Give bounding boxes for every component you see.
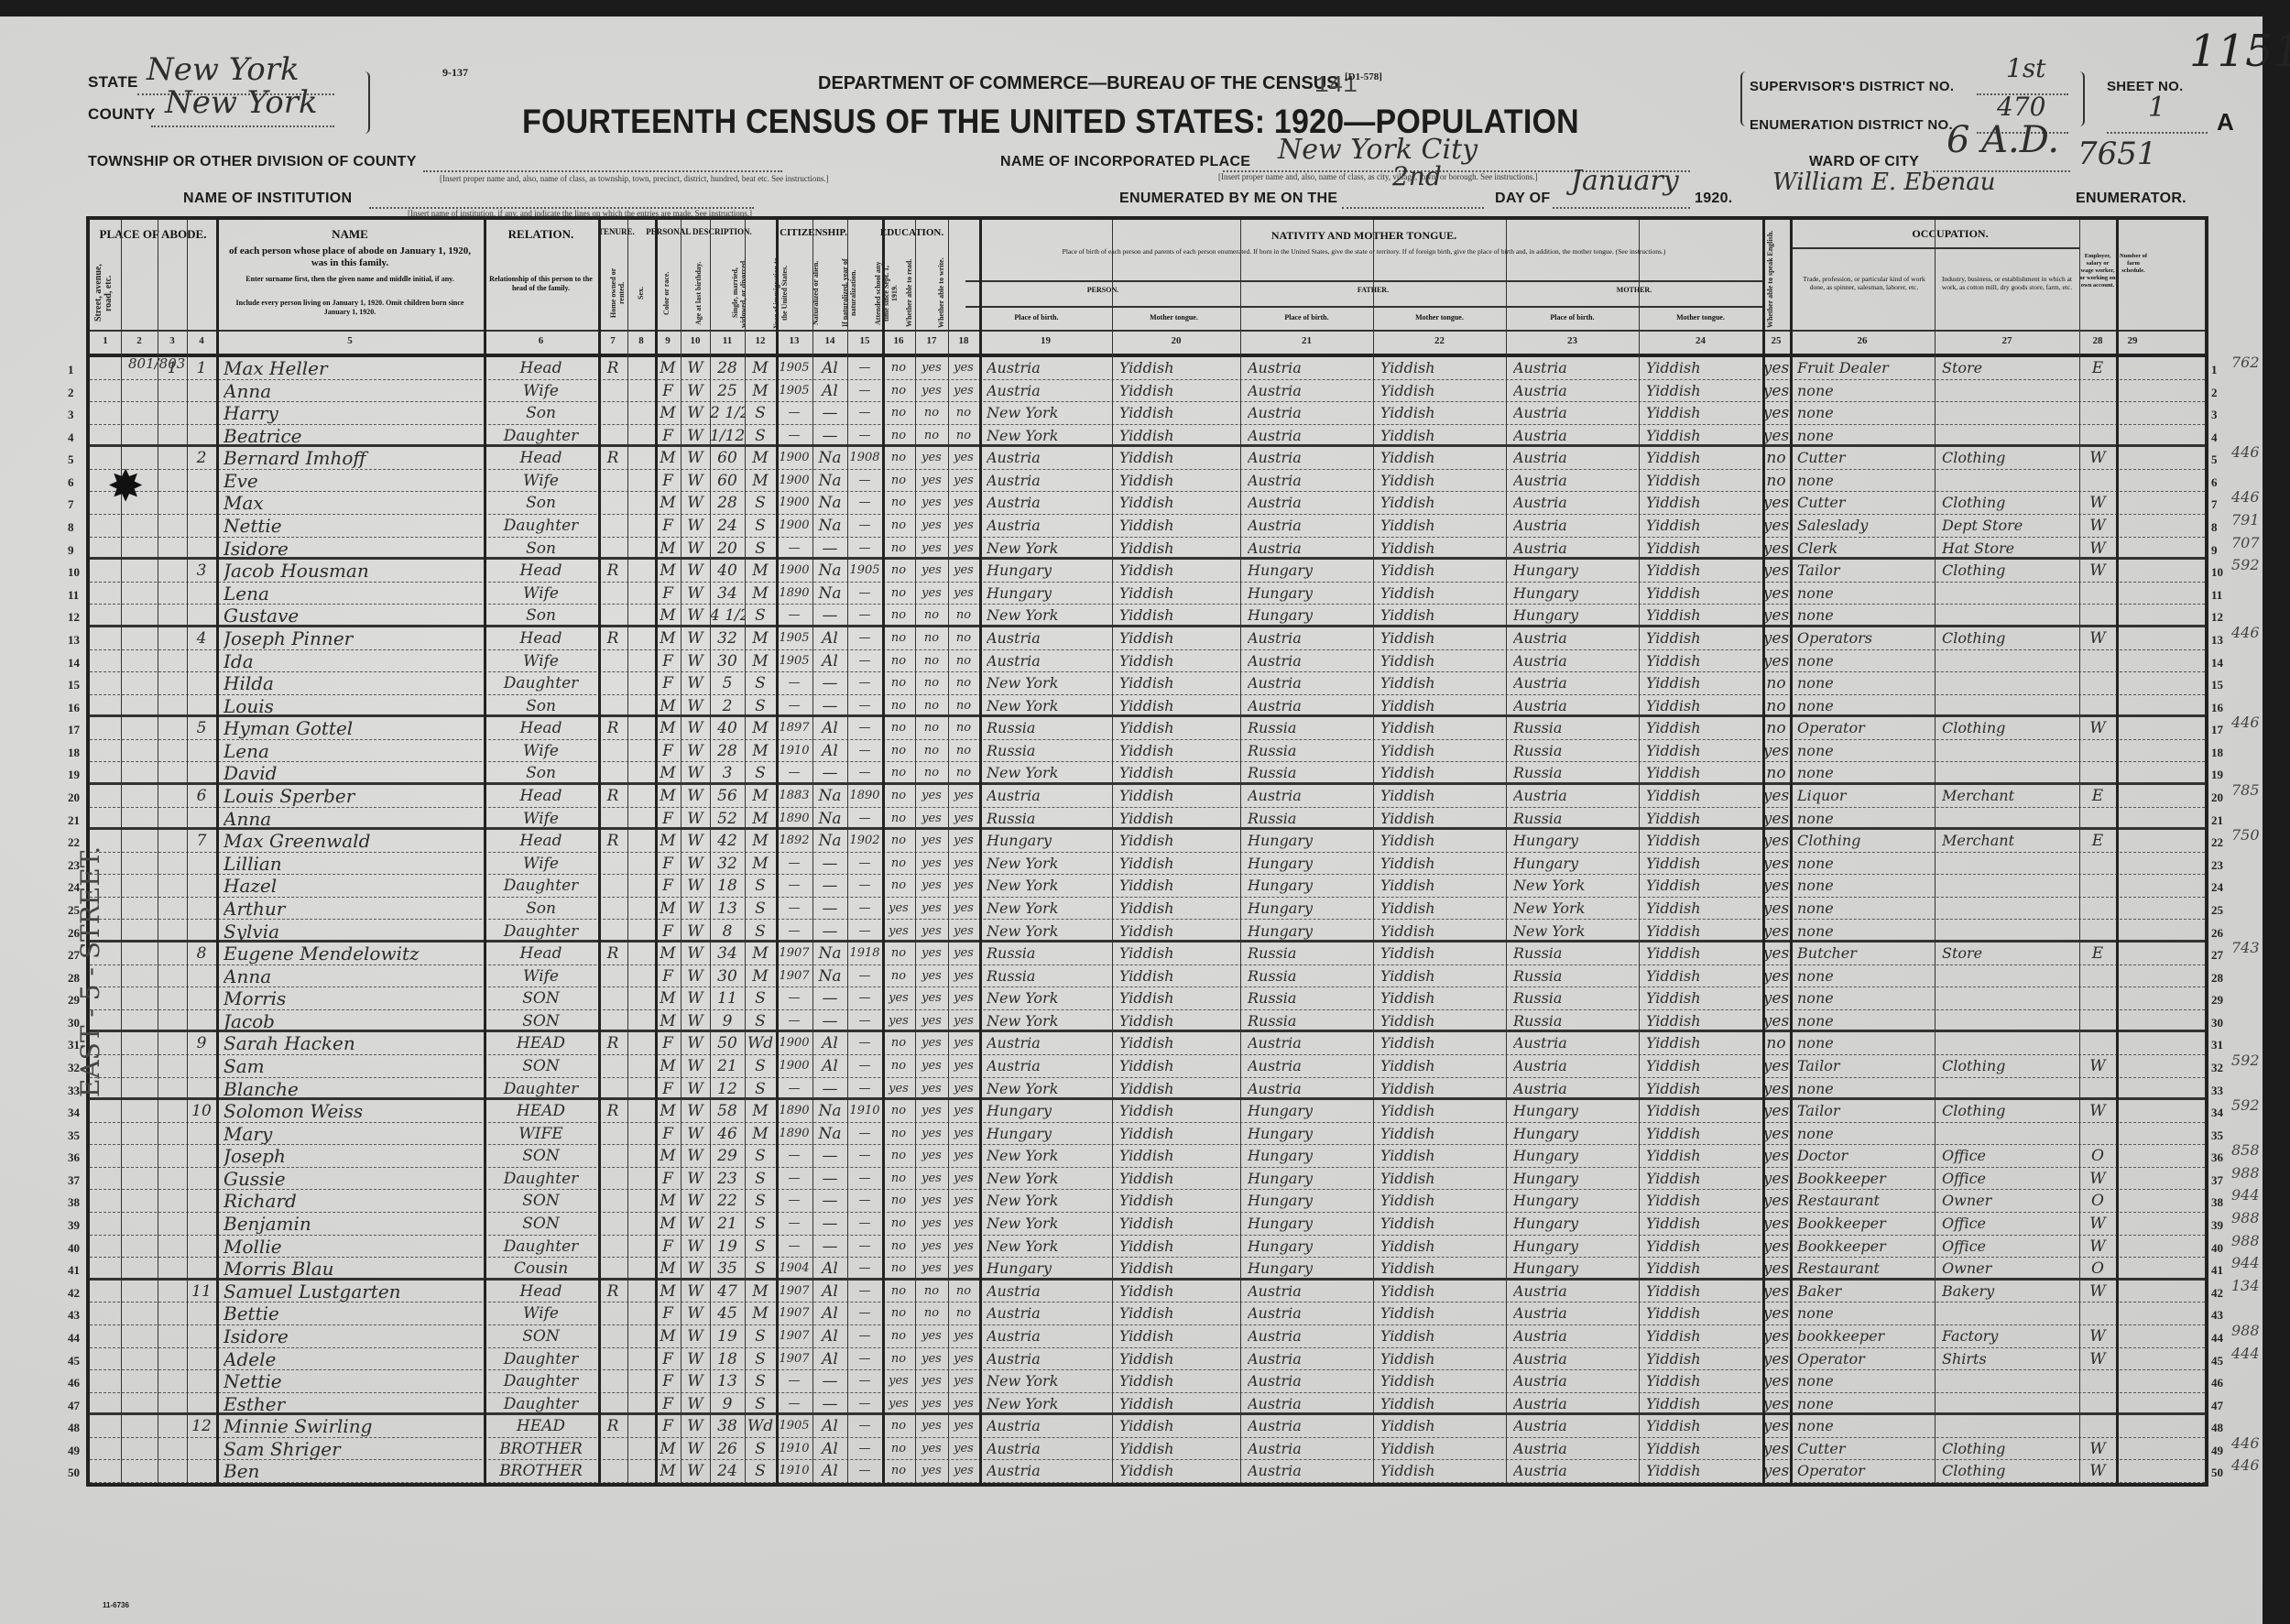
cell-race: W: [681, 538, 710, 558]
cell-ms: M: [745, 853, 776, 875]
cell-mpob: Hungary: [1513, 1145, 1637, 1167]
cell-mmt: Yiddish: [1646, 1032, 1761, 1054]
day-of-label: DAY OF: [1495, 191, 1551, 207]
cell-sex: F: [655, 740, 681, 762]
cell-eng: yes: [1762, 1438, 1790, 1460]
cell-age: 5: [710, 672, 745, 694]
cell-age: 19: [710, 1236, 745, 1258]
cell-mmt: Yiddish: [1646, 1145, 1761, 1167]
cell-age: 19: [710, 1325, 745, 1347]
cell-ms: S: [745, 1010, 776, 1030]
cell-race: W: [681, 1145, 710, 1167]
cell-write: yes: [948, 1190, 979, 1212]
cell-eng: yes: [1762, 1460, 1790, 1482]
cell-race: W: [681, 1055, 710, 1077]
cell-fmt: Yiddish: [1380, 1370, 1504, 1392]
cell-eng: yes: [1762, 943, 1790, 965]
cell-fam: [187, 583, 216, 605]
cell-fam: [187, 1460, 216, 1482]
cell-race: W: [681, 785, 710, 807]
cell-ten: R: [598, 560, 627, 582]
cell-mt: Yiddish: [1119, 1190, 1238, 1212]
cell-dw: [158, 515, 187, 537]
cell-mpob: Austria: [1513, 672, 1637, 694]
cell-natyr: 1905: [847, 560, 882, 582]
cell-race: W: [681, 1348, 710, 1370]
cell-mmt: Yiddish: [1646, 1370, 1761, 1392]
line-number: 25: [2211, 903, 2223, 918]
cell-ms: S: [745, 1145, 776, 1167]
cell-imm: 1905: [776, 357, 812, 379]
col13-header: Year of immigration to the United States…: [772, 256, 785, 330]
table-row: AdeleDaughterFW18S1907Al—noyesyesAustria…: [90, 1348, 2205, 1371]
cell-natyr: —: [847, 1370, 882, 1392]
cell-mmt: Yiddish: [1646, 470, 1761, 492]
cell-mpob: Russia: [1513, 965, 1637, 987]
sheet-label: SHEET NO.: [2107, 79, 2184, 94]
cell-ind: Clothing: [1942, 560, 2077, 582]
cell-eng: yes: [1762, 898, 1790, 920]
cell-dw: [158, 1010, 187, 1030]
cell-read: yes: [915, 1258, 948, 1278]
cell-eng: yes: [1762, 1168, 1790, 1190]
cell-emp: W: [2079, 717, 2116, 739]
cell-fpob: Austria: [1248, 538, 1371, 558]
cell-mmt: Yiddish: [1646, 808, 1761, 828]
cell-sch: no: [882, 717, 915, 739]
cell-ind: [1942, 380, 2077, 402]
cell-mpob: Austria: [1513, 1055, 1637, 1077]
line-number: 33: [68, 1084, 80, 1098]
cell-mmt: Yiddish: [1646, 515, 1761, 537]
cell-fmt: Yiddish: [1380, 1190, 1504, 1212]
cell-read: yes: [915, 1415, 948, 1437]
cell-name: Max Heller: [224, 357, 482, 379]
cell-race: W: [681, 1325, 710, 1347]
cell-fam: 11: [187, 1281, 216, 1302]
cell-age: 56: [710, 785, 745, 807]
cell-natyr: —: [847, 470, 882, 492]
township-label: TOWNSHIP OR OTHER DIVISION OF COUNTY: [88, 154, 417, 170]
cell-occ: Clerk: [1797, 538, 1933, 558]
cell-sch: no: [882, 1213, 915, 1235]
cell-pob: Hungary: [987, 1258, 1110, 1278]
cell-ind: Shirts: [1942, 1348, 2077, 1370]
cell-pob: Austria: [987, 1281, 1110, 1302]
cell-fpob: Hungary: [1248, 921, 1371, 941]
table-row: 12Minnie SwirlingHEADRFW38Wd1905Al—noyes…: [90, 1415, 2205, 1438]
cell-read: yes: [915, 785, 948, 807]
cell-fmt: Yiddish: [1380, 1460, 1504, 1482]
column-rule: [1790, 220, 1793, 1483]
cell-imm: —: [776, 1370, 812, 1392]
cell-occ: none: [1797, 740, 1933, 762]
line-number: 2: [2211, 386, 2218, 400]
cell-rel: Head: [484, 717, 598, 739]
cell-fpob: Austria: [1248, 402, 1371, 424]
cell-ms: S: [745, 1190, 776, 1212]
cell-imm: —: [776, 1393, 812, 1413]
cell-name: Nettie: [224, 515, 482, 537]
cell-nat: —: [812, 672, 847, 694]
cell-dw: [158, 1055, 187, 1077]
column-number: 21: [1240, 335, 1373, 346]
cell-fpob: Austria: [1248, 1281, 1371, 1302]
table-row: IdaWifeFW30M1905Al—nononoAustriaYiddishA…: [90, 650, 2205, 673]
cell-write: yes: [948, 1078, 979, 1098]
cell-fam: [187, 695, 216, 715]
cell-fam: 1: [187, 357, 216, 379]
line-number: 34: [2211, 1106, 2223, 1120]
cell-ms: S: [745, 1370, 776, 1392]
cell-eng: yes: [1762, 1258, 1790, 1278]
cell-ten: [598, 583, 627, 605]
cell-ind: [1942, 1078, 2077, 1098]
column-number: 18: [948, 335, 979, 346]
cell-write: no: [948, 717, 979, 739]
cell-ms: S: [745, 1348, 776, 1370]
cell-dw: [158, 1168, 187, 1190]
cell-sex: M: [655, 402, 681, 424]
cell-rel: Wife: [484, 1302, 598, 1324]
cell-imm: 1892: [776, 830, 812, 852]
column-rule: [1112, 220, 1113, 1483]
county-label: COUNTY: [88, 105, 156, 124]
cell-mpob: Austria: [1513, 1370, 1637, 1392]
cell-nat: Na: [812, 470, 847, 492]
cell-imm: 1900: [776, 1032, 812, 1054]
cell-occ: Tailor: [1797, 1055, 1933, 1077]
cell-ind: [1942, 1032, 2077, 1054]
cell-age: 42: [710, 830, 745, 852]
cell-pob: New York: [987, 695, 1110, 715]
cell-ind: Office: [1942, 1213, 2077, 1235]
cell-write: no: [948, 605, 979, 625]
margin-note: 762: [2231, 354, 2260, 371]
cell-fpob: Russia: [1248, 740, 1371, 762]
cell-nat: Na: [812, 583, 847, 605]
column-rule: [776, 220, 779, 1483]
cell-write: yes: [948, 1055, 979, 1077]
cell-fam: 10: [187, 1100, 216, 1122]
cell-sch: no: [882, 785, 915, 807]
cell-nat: —: [812, 1190, 847, 1212]
cell-emp: E: [2079, 785, 2116, 807]
cell-ten: [598, 515, 627, 537]
cell-emp: [2079, 965, 2116, 987]
cell-fmt: Yiddish: [1380, 740, 1504, 762]
cell-dw: [158, 538, 187, 558]
cell-emp: [2079, 1078, 2116, 1098]
cell-sex: M: [655, 717, 681, 739]
cell-dw: [158, 1123, 187, 1145]
form-code: [D1-578]: [1345, 71, 1382, 82]
cell-name: Louis: [224, 695, 482, 715]
cell-occ: none: [1797, 425, 1933, 445]
cell-emp: O: [2079, 1145, 2116, 1167]
table-row: MaxSonMW28S1900Na—noyesyesAustriaYiddish…: [90, 492, 2205, 515]
sheet-letter: A: [2217, 108, 2234, 136]
cell-age: 24: [710, 1460, 745, 1482]
cell-nat: Al: [812, 1032, 847, 1054]
cell-mmt: Yiddish: [1646, 380, 1761, 402]
margin-note: 446: [2231, 714, 2260, 731]
table-row: LouisSonMW2S———nononoNew YorkYiddishAust…: [90, 695, 2205, 718]
cell-dw: [158, 717, 187, 739]
line-number: 36: [2211, 1150, 2223, 1165]
cell-emp: O: [2079, 1258, 2116, 1278]
header-rule: [965, 306, 1762, 308]
cell-mmt: Yiddish: [1646, 1438, 1761, 1460]
cell-name: Mollie: [224, 1236, 482, 1258]
cell-ind: [1942, 402, 2077, 424]
cell-emp: [2079, 921, 2116, 941]
cell-imm: 1905: [776, 627, 812, 649]
cell-sch: no: [882, 425, 915, 445]
cell-sex: F: [655, 808, 681, 828]
cell-emp: [2079, 380, 2116, 402]
line-number: 1: [68, 363, 74, 377]
cell-dw: [158, 921, 187, 941]
cell-read: yes: [915, 1348, 948, 1370]
cell-mt: Yiddish: [1119, 1302, 1238, 1324]
cell-occ: none: [1797, 808, 1933, 828]
line-number: 50: [2211, 1466, 2223, 1480]
cell-dw: [158, 830, 187, 852]
cell-imm: —: [776, 987, 812, 1009]
cell-ind: [1942, 875, 2077, 897]
cell-ms: S: [745, 538, 776, 558]
cell-ind: [1942, 1010, 2077, 1030]
line-number: 42: [2211, 1286, 2223, 1301]
cell-write: yes: [948, 583, 979, 605]
cell-emp: W: [2079, 538, 2116, 558]
cell-eng: no: [1762, 447, 1790, 469]
cell-age: 28: [710, 492, 745, 514]
cell-nat: Na: [812, 830, 847, 852]
cell-dw: [158, 650, 187, 672]
cell-fpob: Austria: [1248, 672, 1371, 694]
cell-nat: Al: [812, 627, 847, 649]
cell-sex: M: [655, 762, 681, 782]
cell-mpob: Hungary: [1513, 605, 1637, 625]
cell-ten: [598, 538, 627, 558]
cell-fam: [187, 762, 216, 782]
nativity-description: Place of birth of each person and parent…: [975, 247, 1753, 256]
line-number: 48: [2211, 1421, 2223, 1435]
cell-ms: M: [745, 583, 776, 605]
line-number: 8: [68, 520, 74, 535]
cell-name: Benjamin: [224, 1213, 482, 1235]
cell-name: Lena: [224, 583, 482, 605]
cell-ten: R: [598, 1281, 627, 1302]
cell-read: no: [915, 762, 948, 782]
cell-ms: M: [745, 627, 776, 649]
cell-nat: Al: [812, 380, 847, 402]
column-number: 10: [681, 335, 710, 346]
cell-fpob: Hungary: [1248, 1213, 1371, 1235]
cell-write: no: [948, 402, 979, 424]
cell-rel: Cousin: [484, 1258, 598, 1278]
table-row: Morris BlauCousinMW35S1904Al—noyesyesHun…: [90, 1258, 2205, 1281]
cell-occ: none: [1797, 1370, 1933, 1392]
cell-natyr: —: [847, 605, 882, 625]
cell-fam: [187, 1190, 216, 1212]
cell-imm: 1890: [776, 808, 812, 828]
cell-mmt: Yiddish: [1646, 921, 1761, 941]
cell-race: W: [681, 740, 710, 762]
cell-read: no: [915, 740, 948, 762]
cell-sch: no: [882, 1302, 915, 1324]
line-number: 8: [2211, 520, 2218, 535]
cell-emp: [2079, 470, 2116, 492]
cell-race: W: [681, 627, 710, 649]
cell-sch: no: [882, 1348, 915, 1370]
cell-occ: Operator: [1797, 1348, 1933, 1370]
cell-read: no: [915, 717, 948, 739]
cell-read: yes: [915, 357, 948, 379]
cell-sch: no: [882, 380, 915, 402]
cell-write: yes: [948, 1460, 979, 1482]
column-number: 24: [1639, 335, 1762, 346]
cell-rel: HEAD: [484, 1100, 598, 1122]
cell-ind: Clothing: [1942, 1460, 2077, 1482]
line-number: 50: [68, 1466, 80, 1480]
cell-sex: F: [655, 1236, 681, 1258]
cell-occ: none: [1797, 470, 1933, 492]
cell-age: 46: [710, 1123, 745, 1145]
line-number: 3: [68, 408, 74, 422]
cell-sch: yes: [882, 921, 915, 941]
cell-mpob: Hungary: [1513, 830, 1637, 852]
cell-sch: no: [882, 830, 915, 852]
cell-imm: —: [776, 1010, 812, 1030]
cell-mt: Yiddish: [1119, 1281, 1238, 1302]
line-number: 4: [2211, 431, 2218, 445]
cell-eng: yes: [1762, 1393, 1790, 1413]
cell-dw: [158, 762, 187, 782]
cell-pob: Austria: [987, 357, 1110, 379]
cell-imm: 1900: [776, 1055, 812, 1077]
cell-fam: [187, 1010, 216, 1030]
cell-fpob: Hungary: [1248, 1236, 1371, 1258]
cell-dw: [158, 1258, 187, 1278]
cell-rel: Wife: [484, 650, 598, 672]
cell-ind: [1942, 583, 2077, 605]
cell-occ: none: [1797, 1032, 1933, 1054]
cell-rel: Daughter: [484, 875, 598, 897]
cell-ten: [598, 1145, 627, 1167]
person-place-of-birth: Place of birth.: [965, 313, 1107, 322]
cell-fam: 3: [187, 560, 216, 582]
cell-natyr: 1902: [847, 830, 882, 852]
cell-sch: no: [882, 695, 915, 715]
cell-race: W: [681, 515, 710, 537]
cell-sch: no: [882, 560, 915, 582]
cell-imm: —: [776, 425, 812, 445]
cell-fam: [187, 1348, 216, 1370]
cell-mpob: Austria: [1513, 492, 1637, 514]
cell-mpob: Austria: [1513, 1393, 1637, 1413]
line-number: 20: [2211, 790, 2223, 805]
cell-write: yes: [948, 357, 979, 379]
col14-header: Naturalized or alien.: [812, 256, 824, 330]
table-row: BenBROTHERMW24S1910Al—noyesyesAustriaYid…: [90, 1460, 2205, 1483]
cell-pob: Hungary: [987, 583, 1110, 605]
cell-race: W: [681, 1393, 710, 1413]
cell-pob: New York: [987, 1190, 1110, 1212]
cell-write: yes: [948, 875, 979, 897]
cell-occ: none: [1797, 583, 1933, 605]
cell-emp: [2079, 808, 2116, 828]
cell-dw: [158, 1415, 187, 1437]
cell-read: yes: [915, 965, 948, 987]
cell-fmt: Yiddish: [1380, 1348, 1504, 1370]
cell-sex: M: [655, 627, 681, 649]
township-hint: [Insert proper name and, also, name of c…: [440, 174, 829, 183]
cell-read: yes: [915, 1010, 948, 1030]
cell-nat: Na: [812, 447, 847, 469]
cell-fpob: Austria: [1248, 1460, 1371, 1482]
cell-natyr: —: [847, 583, 882, 605]
line-number: 30: [2211, 1016, 2223, 1030]
margin-note: 988: [2231, 1209, 2260, 1226]
column-number: 26: [1790, 335, 1935, 346]
column-rule: [598, 220, 601, 1483]
table-row: BenjaminSONMW21S———noyesyesNew YorkYiddi…: [90, 1213, 2205, 1236]
cell-ten: [598, 1348, 627, 1370]
cell-mmt: Yiddish: [1646, 1190, 1761, 1212]
cell-ten: [598, 470, 627, 492]
table-row: LenaWifeFW28M1910Al—nononoRussiaYiddishR…: [90, 740, 2205, 763]
column-number: 15: [847, 335, 882, 346]
cell-fam: [187, 1078, 216, 1098]
cell-fpob: Austria: [1248, 470, 1371, 492]
cell-nat: Na: [812, 515, 847, 537]
cell-name: Blanche: [224, 1078, 482, 1098]
cell-natyr: —: [847, 875, 882, 897]
cell-ten: [598, 762, 627, 782]
cell-mmt: Yiddish: [1646, 1213, 1761, 1235]
cell-dw: [158, 1078, 187, 1098]
cell-emp: W: [2079, 627, 2116, 649]
cell-mmt: Yiddish: [1646, 1348, 1761, 1370]
cell-imm: —: [776, 538, 812, 558]
cell-natyr: —: [847, 650, 882, 672]
form-number: 9-137: [442, 66, 468, 80]
column-number: 17: [915, 335, 948, 346]
column-rule: [2116, 220, 2119, 1483]
cell-name: Hilda: [224, 672, 482, 694]
cell-sex: M: [655, 785, 681, 807]
cell-nat: Na: [812, 492, 847, 514]
cell-read: no: [915, 627, 948, 649]
cell-ten: [598, 740, 627, 762]
enumerator-name: William E. Ebenau: [1772, 169, 1995, 196]
cell-mt: Yiddish: [1119, 1236, 1238, 1258]
cell-rel: Head: [484, 357, 598, 379]
cell-eng: no: [1762, 672, 1790, 694]
cell-pob: Austria: [987, 1032, 1110, 1054]
cell-eng: yes: [1762, 808, 1790, 828]
cell-mt: Yiddish: [1119, 1010, 1238, 1030]
cell-ms: M: [745, 1281, 776, 1302]
cell-mpob: Austria: [1513, 447, 1637, 469]
cell-occ: none: [1797, 605, 1933, 625]
cell-nat: Na: [812, 808, 847, 828]
cell-nat: Al: [812, 1055, 847, 1077]
cell-read: yes: [915, 943, 948, 965]
